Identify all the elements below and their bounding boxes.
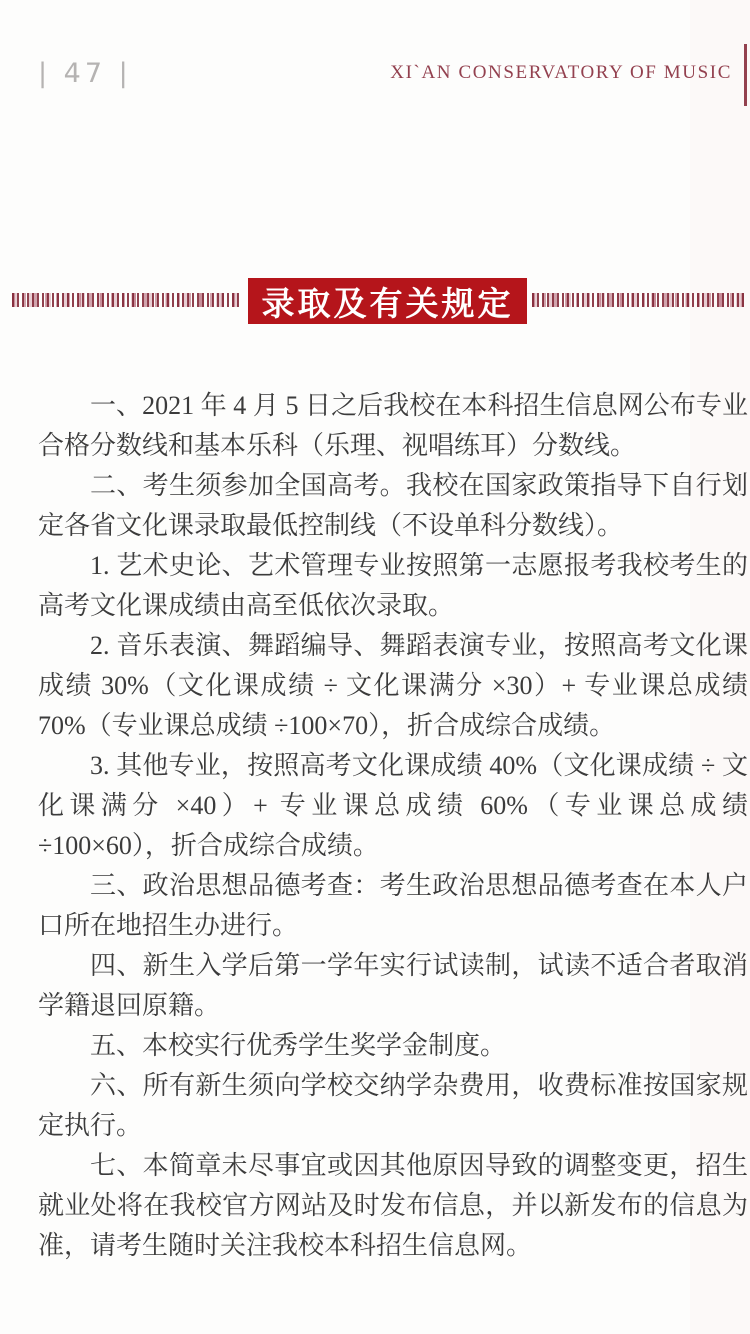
body-paragraph: 三、政治思想品德考查：考生政治思想品德考查在本人户口所在地招生办进行。 [38, 866, 748, 946]
body-paragraph: 五、本校实行优秀学生奖学金制度。 [38, 1026, 748, 1066]
barcode-decoration-right-icon [532, 293, 746, 307]
header-accent-bar [744, 44, 747, 106]
barcode-decoration-left-icon [12, 293, 240, 307]
body-paragraph: 七、本简章未尽事宜或因其他原因导致的调整变更，招生就业处将在我校官方网站及时发布… [38, 1146, 748, 1266]
page-number: | 47 | [38, 58, 132, 89]
school-name-header: XI`AN CONSERVATORY OF MUSIC [390, 62, 732, 84]
document-body: 一、2021 年 4 月 5 日之后我校在本科招生信息网公布专业合格分数线和基本… [38, 386, 748, 1266]
body-paragraph: 1. 艺术史论、艺术管理专业按照第一志愿报考我校考生的高考文化课成绩由高至低依次… [38, 546, 748, 626]
body-paragraph: 二、考生须参加全国高考。我校在国家政策指导下自行划定各省文化课录取最低控制线（不… [38, 466, 748, 546]
section-title-banner: 录取及有关规定 [248, 278, 527, 324]
section-title: 录取及有关规定 [262, 278, 514, 325]
body-paragraph: 一、2021 年 4 月 5 日之后我校在本科招生信息网公布专业合格分数线和基本… [38, 386, 748, 466]
body-paragraph: 2. 音乐表演、舞蹈编导、舞蹈表演专业，按照高考文化课成绩 30%（文化课成绩 … [38, 626, 748, 746]
body-paragraph: 3. 其他专业，按照高考文化课成绩 40%（文化课成绩 ÷ 文化课满分 ×40）… [38, 746, 748, 866]
body-paragraph: 四、新生入学后第一学年实行试读制，试读不适合者取消学籍退回原籍。 [38, 946, 748, 1026]
body-paragraph: 六、所有新生须向学校交纳学杂费用，收费标准按国家规定执行。 [38, 1066, 748, 1146]
